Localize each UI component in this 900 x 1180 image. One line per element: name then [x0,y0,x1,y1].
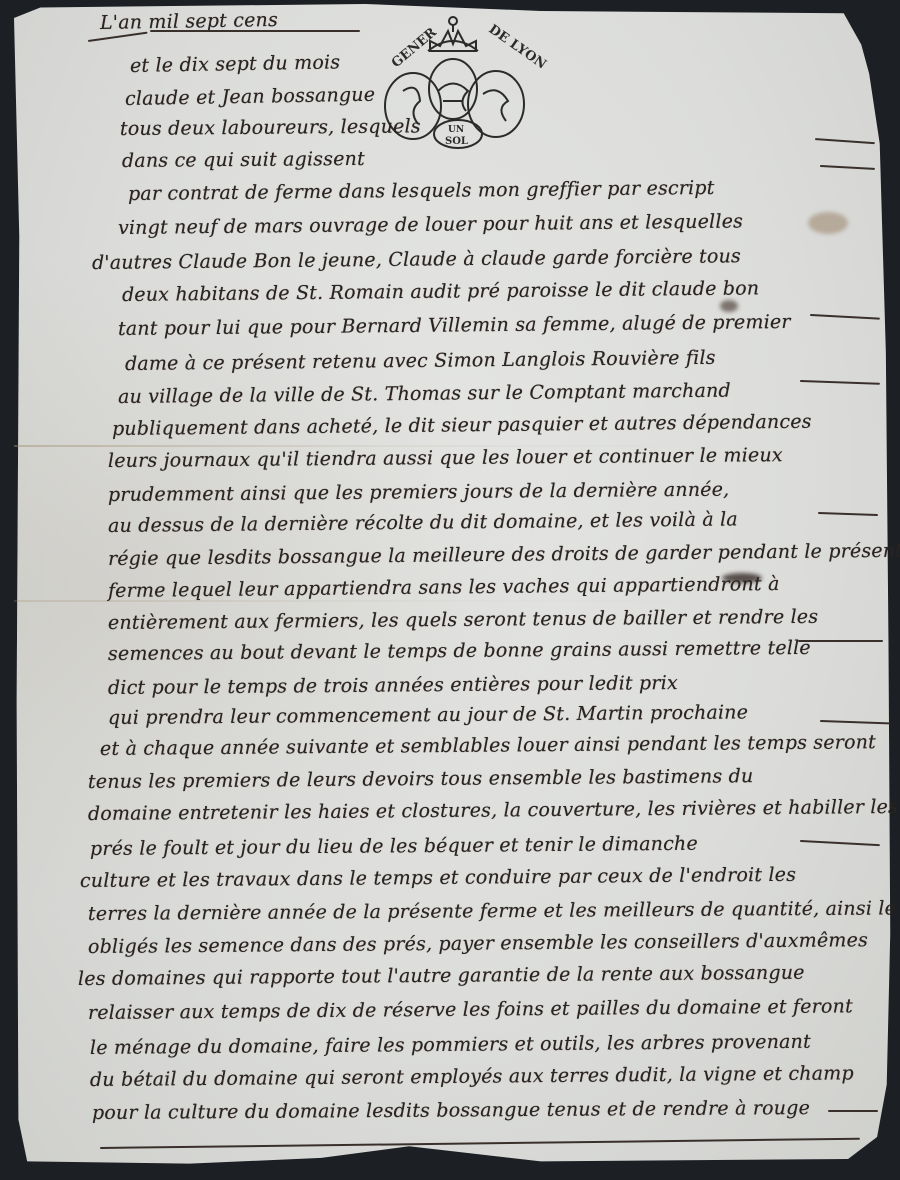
scan-background: GENER DE LYON UN SOL L'an mil sept cense… [0,0,900,1180]
ink-stain [808,212,848,234]
pen-flourish [798,640,883,642]
manuscript-line: claude et Jean bossangue [125,84,376,110]
manuscript-line: dans ce qui suit agissent [122,148,365,172]
svg-text:DE LYON: DE LYON [486,22,548,72]
manuscript-line: tous deux laboureurs, lesquels [120,115,421,140]
svg-text:UN: UN [448,125,464,135]
pen-flourish [828,1110,878,1112]
svg-text:SOL: SOL [445,136,468,147]
manuscript-line: et le dix sept du mois [130,51,341,77]
ink-blot [720,300,738,312]
pen-flourish [150,30,360,32]
